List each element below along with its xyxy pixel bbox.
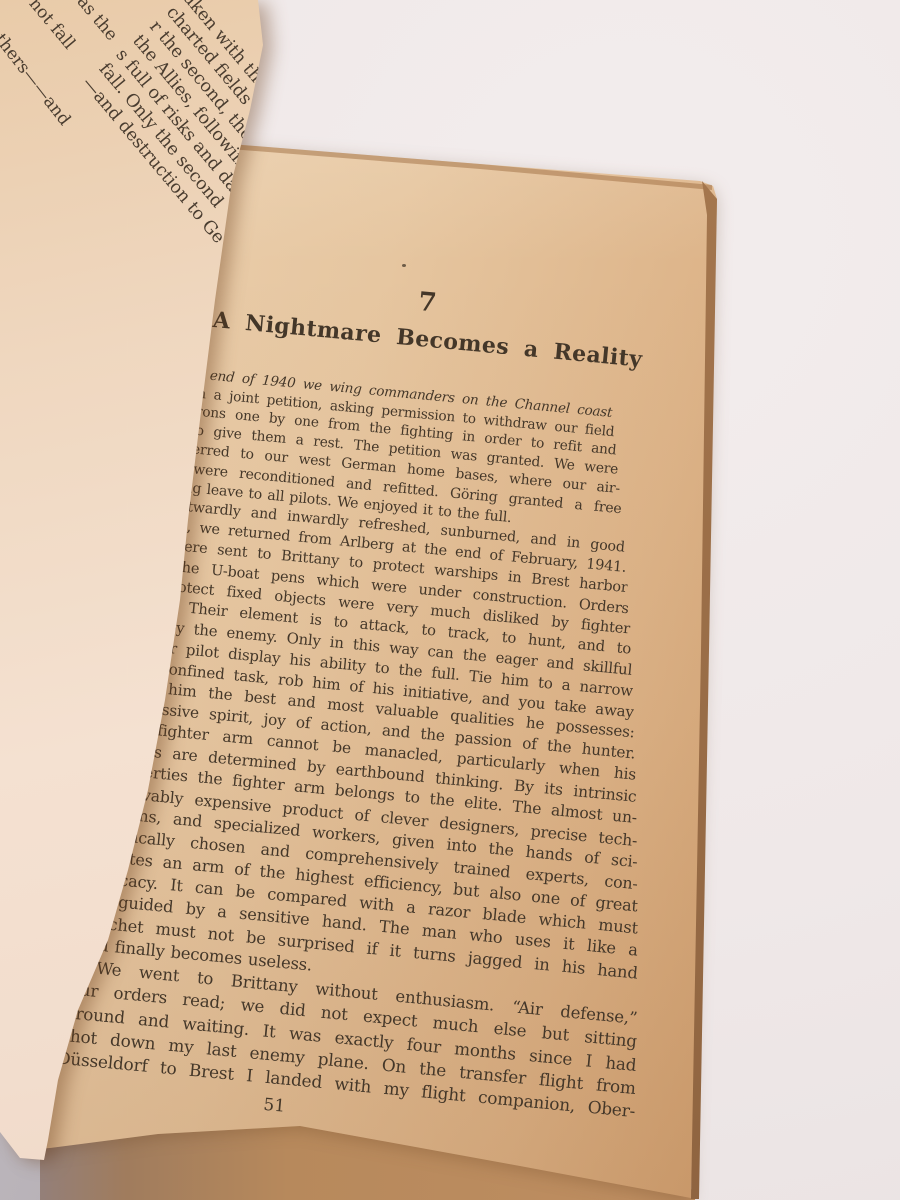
left-page-diagonal-text: aken with thecharted fields ofr the seco… — [77, 0, 471, 416]
left-page-turning: aken with thecharted fields ofr the seco… — [0, 0, 900, 1200]
left-page-text-line: the Allies, following — [128, 30, 421, 374]
left-page-edge-fragment: as the — [73, 0, 122, 45]
left-page-text-line: s full of risks and dang — [111, 45, 404, 389]
book-photo: 7 A Nightmare Becomes a Reality At the e… — [0, 0, 900, 1200]
left-page-wrap: aken with thecharted fields ofr the seco… — [0, 0, 900, 1200]
left-page-edge-fragment: not fall — [25, 0, 79, 53]
